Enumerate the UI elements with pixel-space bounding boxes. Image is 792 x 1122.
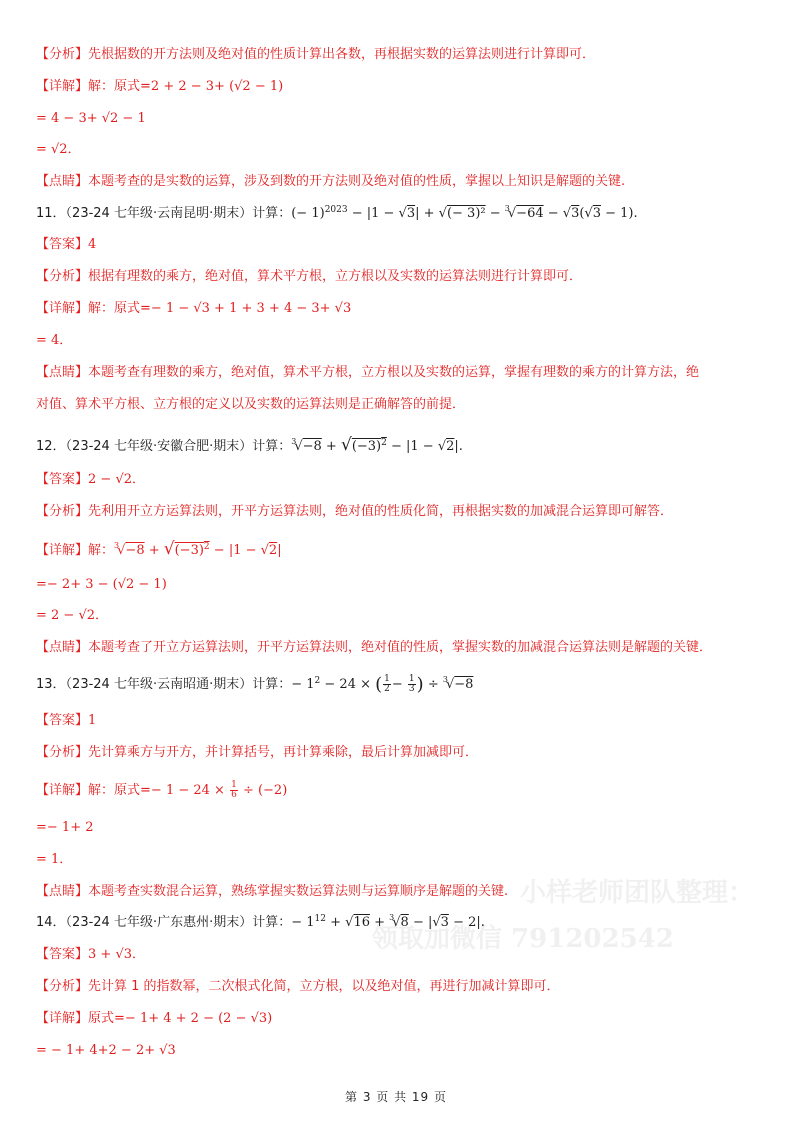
analysis-text: 先利用开立方运算法则，开平方运算法则，绝对值的性质化简，再根据实数的加减混合运算… [88,504,673,519]
analysis-text: 根据有理数的乘方，绝对值，算术平方根，立方根以及实数的运算法则进行计算即可． [88,269,582,284]
detail-prefix: 解：原式= [88,79,151,94]
q13-step-2: = 1． [36,851,72,869]
detail-prefix: 解：原式= [88,783,151,798]
analysis-tag: 【分析】 [36,745,88,760]
answer-value: 3 + √3． [88,947,145,962]
q13-question: 13．（23-24 七年级·云南昭通·期末）计算：− 12 − 24 × (12… [36,675,473,694]
q14-answer: 【答案】3 + √3． [36,946,145,964]
comment-tag: 【点睛】 [36,640,88,655]
q14-analysis: 【分析】先计算 1 的指数幂，二次根式化简，立方根，以及绝对值，再进行加减计算即… [36,978,560,996]
q12-step-2: = 2 − √2． [36,607,108,625]
analysis-tag: 【分析】 [36,269,88,284]
q13-answer: 【答案】1 [36,712,96,730]
question-source: （23-24 七年级·安徽合肥·期末）计算： [66,439,292,454]
q13-step-1: =− 1+ 2 [36,819,93,837]
detail-prefix: 解：原式= [88,301,151,316]
q12-comment: 【点睛】本题考查了开立方运算法则，开平方运算法则，绝对值的性质，掌握实数的加减混… [36,639,712,657]
detail-tag: 【详解】 [36,79,88,94]
question-expression: (− 1)2023 − |1 − √3| + √(− 3)² − 3√−64 −… [291,206,637,221]
question-number: 14． [36,915,66,930]
q14-detail: 【详解】原式=− 1+ 4 + 2 − (2 − √3) [36,1010,272,1028]
q13-analysis: 【分析】先计算乘方与开方，并计算括号，再计算乘除，最后计算加减即可． [36,744,478,762]
q14-step-1: = − 1+ 4+2 − 2+ √3 [36,1042,176,1060]
q13-detail: 【详解】解：原式=− 1 − 24 × 16 ÷ (−2) [36,781,287,800]
q10-comment: 【点睛】本题考查的是实数的运算，涉及到数的开方法则及绝对值的性质，掌握以上知识是… [36,173,625,191]
q11-step-1: = 4． [36,332,72,350]
watermark-line1: 小样老师团队整理： [520,872,754,909]
q10-detail: 【详解】解：原式=2 + 2 − 3+ (√2 − 1) [36,78,283,96]
q10-step-1: = 4 − 3+ √2 − 1 [36,110,146,128]
question-number: 13． [36,677,66,692]
answer-tag: 【答案】 [36,947,88,962]
answer-value: 4 [88,237,96,252]
detail-prefix: 解： [88,543,114,558]
answer-value: 1 [88,713,96,728]
q11-analysis: 【分析】根据有理数的乘方，绝对值，算术平方根，立方根以及实数的运算法则进行计算即… [36,268,582,286]
question-expression: − 12 − 24 × (12− 13) ÷ 3√−8 [291,677,473,692]
q10-analysis: 【分析】先根据数的开方法则及绝对值的性质计算出各数，再根据实数的运算法则进行计算… [36,46,595,64]
detail-expression: − 1 − √3 + 1 + 3 + 4 − 3+ √3 [151,301,351,316]
q12-step-1: =− 2+ 3 − (√2 − 1) [36,576,167,594]
analysis-text: 先计算 1 的指数幂，二次根式化简，立方根，以及绝对值，再进行加减计算即可． [88,979,560,994]
question-expression: 3√−8 + √(−3)2 − |1 − √2|. [291,439,463,454]
analysis-text: 先根据数的开方法则及绝对值的性质计算出各数，再根据实数的运算法则进行计算即可． [88,47,595,62]
q11-question: 11．（23-24 七年级·云南昆明·期末）计算：(− 1)2023 − |1 … [36,205,638,223]
detail-tag: 【详解】 [36,783,88,798]
detail-prefix: 原式= [88,1011,125,1026]
detail-expression: − 1+ 4 + 2 − (2 − √3) [125,1011,272,1026]
comment-text: 本题考查实数混合运算，熟练掌握实数运算法则与运算顺序是解题的关键. [88,884,508,899]
question-expression: − 112 + √16 + 3√8 − |√3 − 2|. [291,915,485,930]
comment-text: 本题考查了开立方运算法则，开平方运算法则，绝对值的性质，掌握实数的加减混合运算法… [88,640,712,655]
comment-tag: 【点睛】 [36,884,88,899]
question-number: 12． [36,439,66,454]
comment-tag: 【点睛】 [36,365,88,380]
analysis-text: 先计算乘方与开方，并计算括号，再计算乘除，最后计算加减即可． [88,745,478,760]
analysis-tag: 【分析】 [36,47,88,62]
question-source: （23-24 七年级·云南昆明·期末）计算： [66,206,292,221]
answer-value: 2 − √2． [88,472,145,487]
analysis-tag: 【分析】 [36,979,88,994]
answer-tag: 【答案】 [36,713,88,728]
comment-text: 本题考查的是实数的运算，涉及到数的开方法则及绝对值的性质，掌握以上知识是解题的关… [88,174,625,189]
question-source: （23-24 七年级·广东惠州·期末）计算： [66,915,292,930]
comment-tag: 【点睛】 [36,174,88,189]
q11-comment-line-2: 对值、算术平方根、立方根的定义以及实数的运算法则是正确解答的前提． [36,396,465,414]
comment-text: 本题考查有理数的乘方，绝对值，算术平方根，立方根以及实数的运算，掌握有理数的乘方… [88,365,699,380]
q11-detail: 【详解】解：原式=− 1 − √3 + 1 + 3 + 4 − 3+ √3 [36,300,351,318]
question-source: （23-24 七年级·云南昭通·期末）计算： [66,677,292,692]
document-page: 小样老师团队整理： 领取加微信 791202542 【分析】先根据数的开方法则及… [0,0,792,1122]
q13-comment: 【点睛】本题考查实数混合运算，熟练掌握实数运算法则与运算顺序是解题的关键. [36,883,508,901]
answer-tag: 【答案】 [36,237,88,252]
detail-expression: 3√−8 + √(−3)2 − |1 − √2| [114,543,282,558]
q12-analysis: 【分析】先利用开立方运算法则，开平方运算法则，绝对值的性质化简，再根据实数的加减… [36,503,673,521]
detail-expression: − 1 − 24 × 16 ÷ (−2) [151,783,287,798]
q11-answer: 【答案】4 [36,236,96,254]
page-indicator: 第 3 页 共 19 页 [0,1088,792,1105]
q10-step-2: = √2． [36,141,81,159]
q12-answer: 【答案】2 − √2． [36,471,145,489]
detail-tag: 【详解】 [36,301,88,316]
answer-tag: 【答案】 [36,472,88,487]
q12-detail: 【详解】解：3√−8 + √(−3)2 − |1 − √2| [36,540,282,560]
q12-question: 12．（23-24 七年级·安徽合肥·期末）计算：3√−8 + √(−3)2 −… [36,436,463,456]
q11-comment-line-1: 【点睛】本题考查有理数的乘方，绝对值，算术平方根，立方根以及实数的运算，掌握有理… [36,364,699,382]
detail-tag: 【详解】 [36,543,88,558]
detail-expression: 2 + 2 − 3+ (√2 − 1) [151,79,283,94]
q14-question: 14．（23-24 七年级·广东惠州·期末）计算：− 112 + √16 + 3… [36,914,485,932]
analysis-tag: 【分析】 [36,504,88,519]
detail-tag: 【详解】 [36,1011,88,1026]
question-number: 11． [36,206,66,221]
